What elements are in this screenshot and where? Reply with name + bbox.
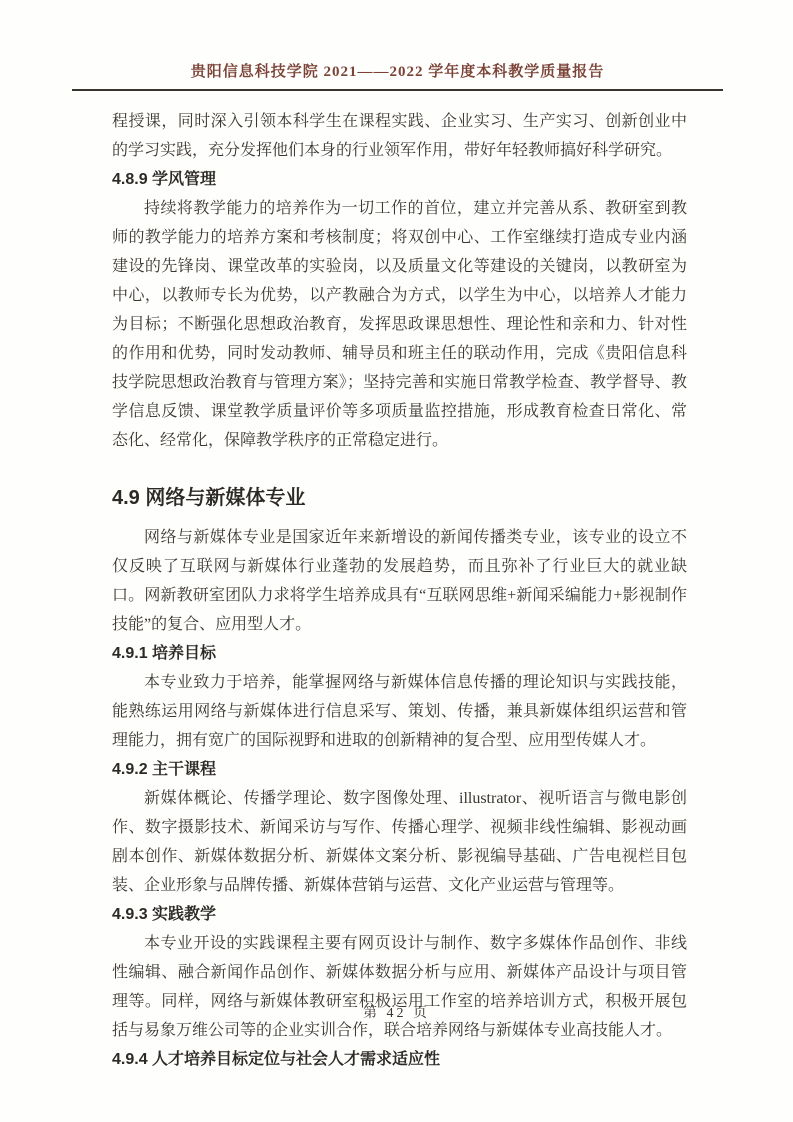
report-title: 贵阳信息科技学院 2021——2022 学年度本科教学质量报告 <box>72 60 723 81</box>
heading-4-9-2: 4.9.2 主干课程 <box>112 755 687 784</box>
heading-4-9: 4.9 网络与新媒体专业 <box>112 482 687 514</box>
paragraph-4-8-9: 持续将教学能力的培养作为一切工作的首位，建立并完善从系、教研室到教师的教学能力的… <box>112 194 687 455</box>
page-body: 程授课，同时深入引领本科学生在课程实践、企业实习、生产实习、创新创业中的学习实践… <box>112 107 687 1074</box>
document-page: 贵阳信息科技学院 2021——2022 学年度本科教学质量报告 程授课，同时深入… <box>0 0 793 1122</box>
page-number: 第 42 页 <box>363 1006 430 1021</box>
paragraph-4-9-1: 本专业致力于培养，能掌握网络与新媒体信息传播的理论知识与实践技能，能熟练运用网络… <box>112 668 687 755</box>
paragraph-4-9-2: 新媒体概论、传播学理论、数字图像处理、illustrator、视听语言与微电影创… <box>112 784 687 900</box>
page-footer: 第 42 页 <box>0 1002 793 1022</box>
heading-4-9-4: 4.9.4 人才培养目标定位与社会人才需求适应性 <box>112 1045 687 1074</box>
paragraph-continuation: 程授课，同时深入引领本科学生在课程实践、企业实习、生产实习、创新创业中的学习实践… <box>112 107 687 165</box>
heading-4-8-9: 4.8.9 学风管理 <box>112 165 687 194</box>
heading-4-9-3: 4.9.3 实践教学 <box>112 900 687 929</box>
page-header: 贵阳信息科技学院 2021——2022 学年度本科教学质量报告 <box>72 60 723 91</box>
paragraph-4-9-3: 本专业开设的实践课程主要有网页设计与制作、数字多媒体作品创作、非线性编辑、融合新… <box>112 929 687 1045</box>
paragraph-4-9-intro: 网络与新媒体专业是国家近年来新增设的新闻传播类专业，该专业的设立不仅反映了互联网… <box>112 523 687 639</box>
heading-4-9-1: 4.9.1 培养目标 <box>112 639 687 668</box>
